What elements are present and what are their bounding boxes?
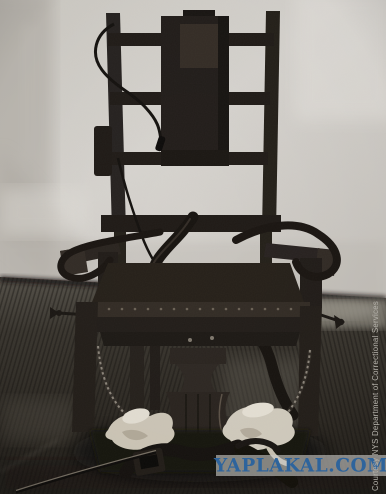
film-grain-overlay — [0, 0, 386, 494]
electric-chair-photo: YAPLAKAL.COM Courtesy NYS Department of … — [0, 0, 386, 494]
watermark-text: YAPLAKAL.COM — [213, 456, 386, 477]
credit-text: Courtesy NYS Department of Correctional … — [371, 301, 380, 491]
photo-frame: YAPLAKAL.COM Courtesy NYS Department of … — [0, 0, 386, 494]
watermark: YAPLAKAL.COM — [213, 455, 386, 477]
